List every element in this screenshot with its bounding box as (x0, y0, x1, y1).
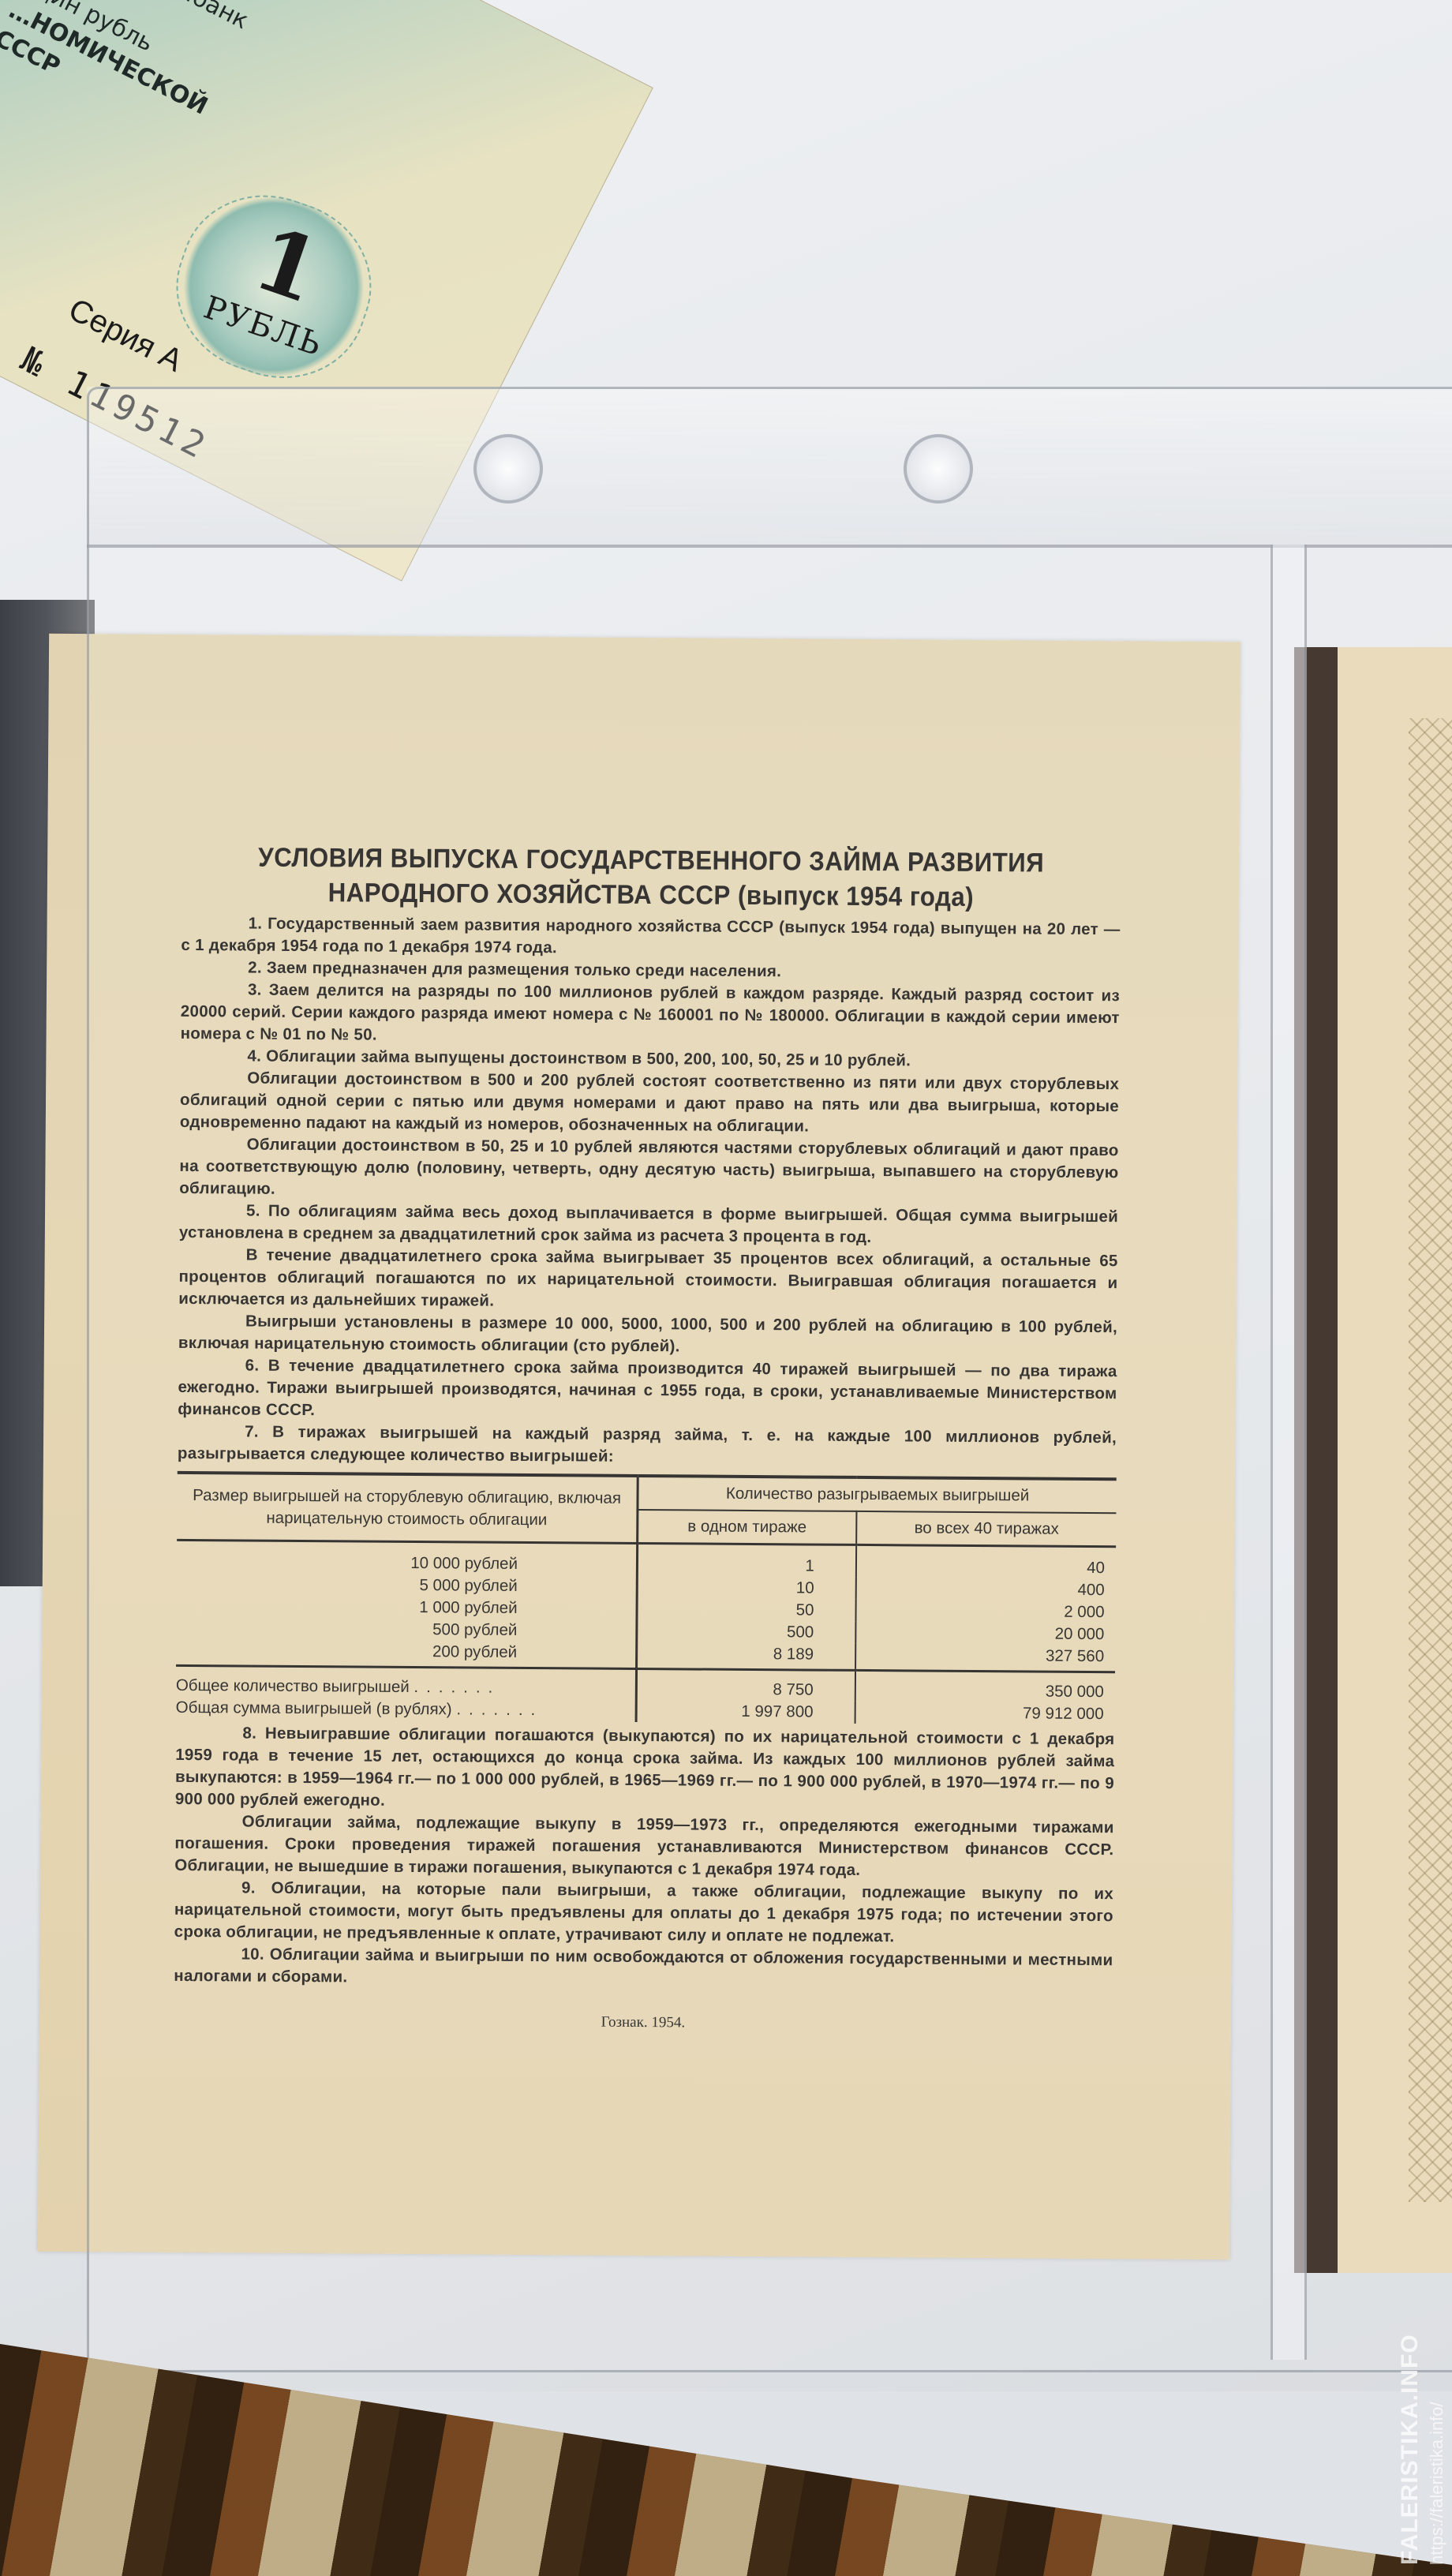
watermark-brand: FALERISTIKA.INFO (1397, 2334, 1424, 2565)
banknote-bank-text: …мической (…1989 года) Внешэкономбанк СС… (0, 0, 342, 180)
plastic-sleeve (87, 387, 1452, 2372)
sleeve-divider (1270, 545, 1307, 2360)
watermark-url: https://faleristika.info/ (1427, 2402, 1447, 2565)
